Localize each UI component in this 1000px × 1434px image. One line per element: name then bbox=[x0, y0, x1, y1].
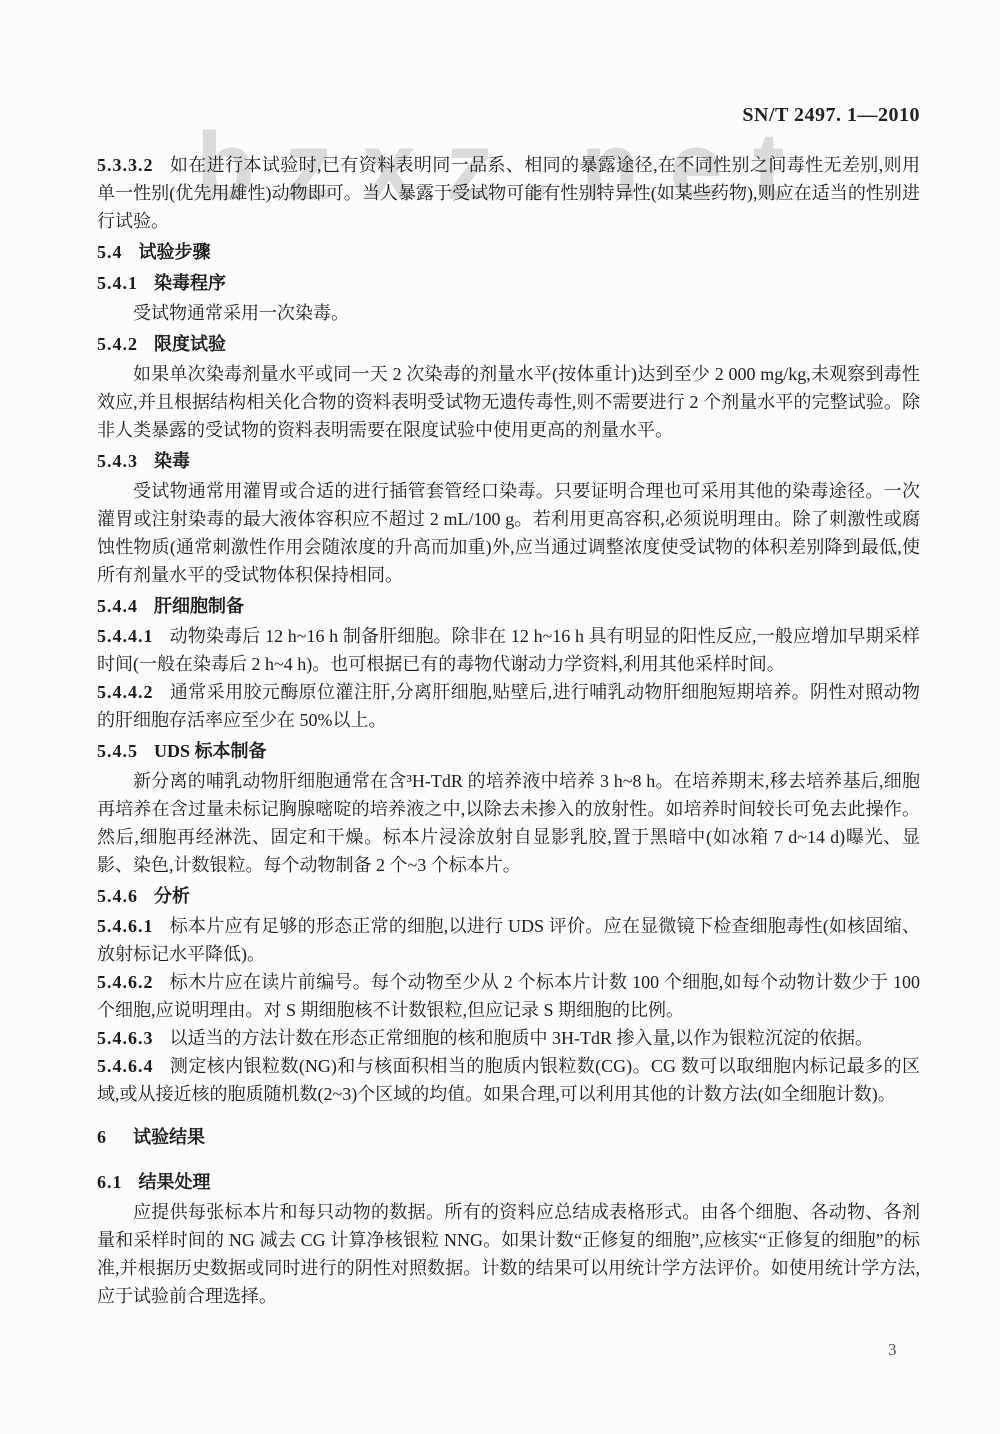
heading-5.4.4: 5.4.4肝细胞制备 bbox=[97, 592, 920, 620]
paragraph-text: 受试物通常用灌胃或合适的进行插管套管经口染毒。只要证明合理也可采用其他的染毒途径… bbox=[97, 481, 920, 585]
clause-number: 5.4.6.2 bbox=[97, 972, 154, 992]
clause-number: 6.1 bbox=[97, 1172, 123, 1192]
clause-text: 结果处理 bbox=[139, 1172, 211, 1192]
paragraph-20: 应提供每张标本片和每只动物的数据。所有的资料应总结成表格形式。由各个细胞、各动物… bbox=[97, 1198, 920, 1310]
heading-5.4.2: 5.4.2限度试验 bbox=[97, 330, 920, 358]
paragraph-text: 新分离的哺乳动物肝细胞通常在含³H-TdR 的培养液中培养 3 h~8 h。在培… bbox=[97, 771, 920, 875]
paragraph-3: 受试物通常采用一次染毒。 bbox=[97, 299, 920, 327]
clause-number: 5.4.4.1 bbox=[97, 626, 154, 646]
clause-text: 染毒 bbox=[154, 451, 190, 471]
clause-text: 标本片应有足够的形态正常的细胞,以进行 UDS 评价。应在显微镜下检查细胞毒性(… bbox=[97, 916, 920, 964]
clause-number: 5.3.3.2 bbox=[97, 155, 154, 175]
clause-number: 5.4 bbox=[97, 242, 123, 262]
paragraph-text: 如果单次染毒剂量水平或同一天 2 次染毒的剂量水平(按体重计)达到至少 2 00… bbox=[97, 364, 920, 440]
heading-5.4.1: 5.4.1染毒程序 bbox=[97, 269, 920, 297]
chapter-6: 6试验结果 bbox=[97, 1123, 920, 1151]
clause-number: 5.4.6.3 bbox=[97, 1028, 154, 1048]
clause-text: 试验步骤 bbox=[139, 242, 211, 262]
clause-number: 5.4.4.2 bbox=[97, 682, 154, 702]
clause-number: 6 bbox=[97, 1127, 107, 1147]
heading-5.4.3: 5.4.3染毒 bbox=[97, 447, 920, 475]
clause-number: 5.4.1 bbox=[97, 273, 138, 293]
clause-number: 5.4.6 bbox=[97, 886, 138, 906]
document-page: bzxz.net SN/T 2497. 1—2010 5.3.3.2如在进行本试… bbox=[0, 0, 1000, 1434]
clause-5.4.6.1: 5.4.6.1标本片应有足够的形态正常的细胞,以进行 UDS 评价。应在显微镜下… bbox=[97, 912, 920, 968]
paragraph-5: 如果单次染毒剂量水平或同一天 2 次染毒的剂量水平(按体重计)达到至少 2 00… bbox=[97, 360, 920, 444]
clause-text: 动物染毒后 12 h~16 h 制备肝细胞。除非在 12 h~16 h 具有明显… bbox=[97, 626, 920, 674]
clause-number: 5.4.6.4 bbox=[97, 1056, 154, 1076]
paragraph-text: 受试物通常采用一次染毒。 bbox=[133, 303, 349, 323]
clause-number: 5.4.4 bbox=[97, 596, 138, 616]
document-body: 5.3.3.2如在进行本试验时,已有资料表明同一品系、相同的暴露途径,在不同性别… bbox=[97, 151, 920, 1310]
heading-5.4.6: 5.4.6分析 bbox=[97, 882, 920, 910]
clause-5.4.4.2: 5.4.4.2通常采用胶元酶原位灌注肝,分离肝细胞,贴壁后,进行哺乳动物肝细胞短… bbox=[97, 678, 920, 734]
clause-text: 如在进行本试验时,已有资料表明同一品系、相同的暴露途径,在不同性别之间毒性无差别… bbox=[97, 155, 920, 231]
paragraph-7: 受试物通常用灌胃或合适的进行插管套管经口染毒。只要证明合理也可采用其他的染毒途径… bbox=[97, 477, 920, 589]
clause-text: 以适当的方法计数在形态正常细胞的核和胞质中 3H-TdR 掺入量,以作为银粒沉淀… bbox=[170, 1028, 874, 1048]
page-number: 3 bbox=[888, 1340, 897, 1360]
clause-text: UDS 标本制备 bbox=[154, 741, 267, 761]
standard-number-header: SN/T 2497. 1—2010 bbox=[97, 103, 920, 127]
clause-text: 分析 bbox=[154, 886, 190, 906]
clause-text: 标木片应在读片前编号。每个动物至少从 2 个标本片计数 100 个细胞,如每个动… bbox=[97, 972, 920, 1020]
clause-5.4.6.4: 5.4.6.4测定核内银粒数(NG)和与核面积相当的胞质内银粒数(CG)。CG … bbox=[97, 1052, 920, 1108]
paragraph-text: 应提供每张标本片和每只动物的数据。所有的资料应总结成表格形式。由各个细胞、各动物… bbox=[97, 1202, 920, 1306]
clause-5.4.6.2: 5.4.6.2标木片应在读片前编号。每个动物至少从 2 个标本片计数 100 个… bbox=[97, 968, 920, 1024]
clause-number: 5.4.3 bbox=[97, 451, 138, 471]
clause-text: 肝细胞制备 bbox=[154, 596, 244, 616]
clause-text: 测定核内银粒数(NG)和与核面积相当的胞质内银粒数(CG)。CG 数可以取细胞内… bbox=[97, 1056, 920, 1104]
heading-5.4.5: 5.4.5UDS 标本制备 bbox=[97, 737, 920, 765]
clause-text: 限度试验 bbox=[154, 334, 226, 354]
heading-6.1: 6.1结果处理 bbox=[97, 1168, 920, 1196]
clause-text: 染毒程序 bbox=[154, 273, 226, 293]
clause-number: 5.4.2 bbox=[97, 334, 138, 354]
clause-text: 通常采用胶元酶原位灌注肝,分离肝细胞,贴壁后,进行哺乳动物肝细胞短期培养。阴性对… bbox=[97, 682, 920, 730]
clause-5.4.4.1: 5.4.4.1动物染毒后 12 h~16 h 制备肝细胞。除非在 12 h~16… bbox=[97, 622, 920, 678]
clause-number: 5.4.5 bbox=[97, 741, 138, 761]
heading-5.4: 5.4试验步骤 bbox=[97, 238, 920, 266]
clause-text: 试验结果 bbox=[133, 1127, 205, 1147]
paragraph-12: 新分离的哺乳动物肝细胞通常在含³H-TdR 的培养液中培养 3 h~8 h。在培… bbox=[97, 767, 920, 879]
clause-5.4.6.3: 5.4.6.3以适当的方法计数在形态正常细胞的核和胞质中 3H-TdR 掺入量,… bbox=[97, 1024, 920, 1052]
page-content: SN/T 2497. 1—2010 5.3.3.2如在进行本试验时,已有资料表明… bbox=[0, 103, 1000, 1310]
clause-5.3.3.2: 5.3.3.2如在进行本试验时,已有资料表明同一品系、相同的暴露途径,在不同性别… bbox=[97, 151, 920, 235]
clause-number: 5.4.6.1 bbox=[97, 916, 154, 936]
